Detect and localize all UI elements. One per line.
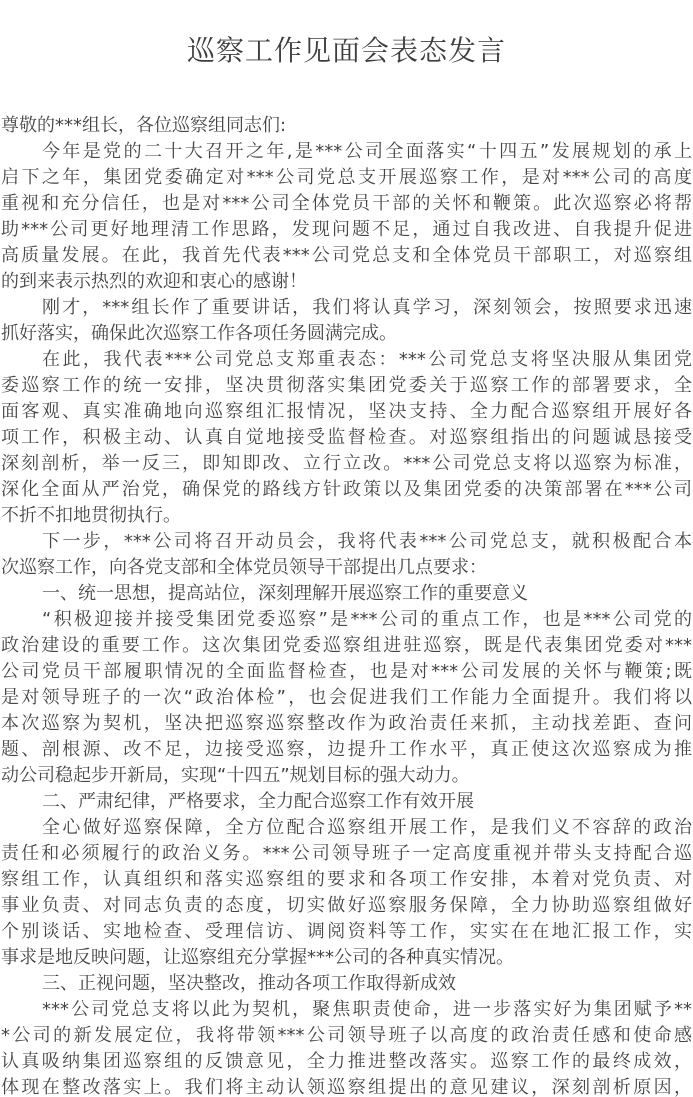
text-line: 本次巡察为契机，坚决把巡察巡察整改作为政治责任来抓，主动找差距、查问: [0, 711, 693, 737]
text-line: 面客观、真实准确地向巡察组汇报情况，坚决支持、全力配合巡察组开展好各: [0, 399, 693, 425]
text-line: 尊敬的***组长，各位巡察组同志们:: [0, 113, 693, 139]
text-line: ***公司党总支将以此为契机，聚焦职责使命，进一步落实好为集团赋予**: [0, 997, 693, 1023]
text-line: *公司的新发展定位，我将带领***公司领导班子以高度的政治责任感和使命感: [0, 1023, 693, 1049]
text-line: 责任和必须履行的政治义务。***公司领导班子一定高度重视并带头支持配合巡: [0, 841, 693, 867]
text-line: 二、严肃纪律，严格要求，全力配合巡察工作有效开展: [0, 789, 693, 815]
text-line: 事求是地反映问题，让巡察组充分掌握***公司的各种真实情况。: [0, 945, 693, 971]
text-line: 动公司稳起步开新局，实现“十四五”规划目标的强大动力。: [0, 763, 693, 789]
text-line: 启下之年，集团党委确定对***公司党总支开展巡察工作，是对***公司的高度: [0, 165, 693, 191]
document-body: 尊敬的***组长，各位巡察组同志们:今年是党的二十大召开之年,是***公司全面落…: [0, 113, 693, 1097]
text-line: 在此，我代表***公司党总支郑重表态：***公司党总支将坚决服从集团党: [0, 347, 693, 373]
text-line: 政治建设的重要工作。这次集团党委巡察组进驻巡察，既是代表集团党委对***: [0, 633, 693, 659]
text-line: 察组工作，认真组织和落实巡察组的要求和各项工作安排，本着对党负责、对: [0, 867, 693, 893]
document-page: 巡察工作见面会表态发言 尊敬的***组长，各位巡察组同志们:今年是党的二十大召开…: [0, 0, 693, 1097]
text-line: 认真吸纳集团巡察组的反馈意见，全力推进整改落实。巡察工作的最终成效，: [0, 1049, 693, 1075]
text-line: 深化全面从严治党，确保党的路线方针政策以及集团党委的决策部署在***公司: [0, 477, 693, 503]
text-line: 次巡察工作，向各党支部和全体党员领导干部提出几点要求：: [0, 555, 693, 581]
text-line: 三、正视问题，坚决整改，推动各项工作取得新成效: [0, 971, 693, 997]
text-line: 全心做好巡察保障，全方位配合巡察组开展工作，是我们义不容辞的政治: [0, 815, 693, 841]
text-line: 重视和充分信任，也是对***公司全体党员干部的关怀和鞭策。此次巡察必将帮: [0, 191, 693, 217]
text-line: 助***公司更好地理清工作思路，发现问题不足，通过自我改进、自我提升促进: [0, 217, 693, 243]
text-line: 项工作，积极主动、认真自觉地接受监督检查。对巡察组指出的问题诚恳接受: [0, 425, 693, 451]
text-line: 委巡察工作的统一安排，坚决贯彻落实集团党委关于巡察工作的部署要求，全: [0, 373, 693, 399]
text-line: 抓好落实，确保此次巡察工作各项任务圆满完成。: [0, 321, 693, 347]
text-line: 深刻剖析，举一反三，即知即改、立行立改。***公司党总支将以巡察为标准，: [0, 451, 693, 477]
text-line: 公司党员干部履职情况的全面监督检查，也是对***公司发展的关怀与鞭策;既: [0, 659, 693, 685]
text-line: “积极迎接并接受集团党委巡察”是***公司的重点工作，也是***公司党的: [0, 607, 693, 633]
text-line: 个别谈话、实地检查、受理信访、调阅资料等工作，实实在在地汇报工作，实: [0, 919, 693, 945]
text-line: 刚才，***组长作了重要讲话，我们将认真学习，深刻领会，按照要求迅速: [0, 295, 693, 321]
text-line: 高质量发展。在此，我首先代表***公司党总支和全体党员干部职工，对巡察组: [0, 243, 693, 269]
text-line: 一、统一思想，提高站位，深刻理解开展巡察工作的重要意义: [0, 581, 693, 607]
text-line: 题、剖根源、改不足，边接受巡察，边提升工作水平，真正使这次巡察成为推: [0, 737, 693, 763]
text-line: 不折不扣地贯彻执行。: [0, 503, 693, 529]
text-line: 体现在整改落实上。我们将主动认领巡察组提出的意见建议，深刻剖析原因，: [0, 1075, 693, 1097]
text-line: 事业负责、对同志负责的态度，切实做好巡察服务保障，全力协助巡察组做好: [0, 893, 693, 919]
text-line: 今年是党的二十大召开之年,是***公司全面落实“十四五”发展规划的承上: [0, 139, 693, 165]
text-line: 是对领导班子的一次“政治体检”，也会促进我们工作能力全面提升。我们将以: [0, 685, 693, 711]
document-title: 巡察工作见面会表态发言: [0, 0, 693, 83]
text-line: 的到来表示热烈的欢迎和衷心的感谢！: [0, 269, 693, 295]
text-line: 下一步，***公司将召开动员会，我将代表***公司党总支，就积极配合本: [0, 529, 693, 555]
